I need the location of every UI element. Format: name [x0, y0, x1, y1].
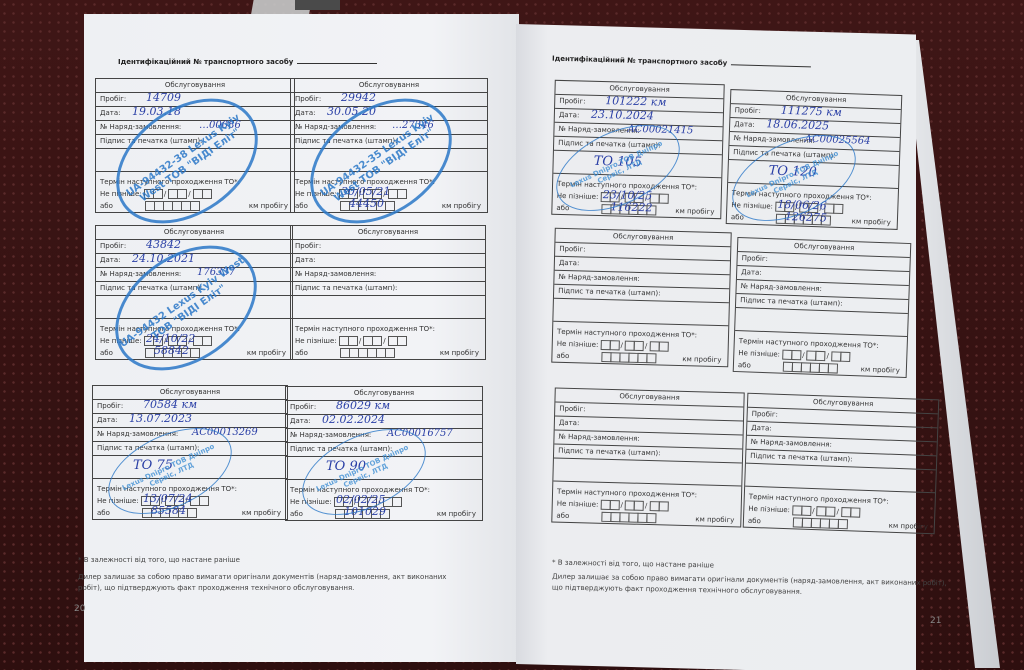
digit-box[interactable]	[658, 341, 668, 351]
service-record-card: ОбслуговуванняПробіг:Дата:№ Наряд-замовл…	[733, 237, 912, 378]
digit-box[interactable]	[828, 363, 838, 373]
page-stack-edge	[905, 40, 1005, 668]
digit-box[interactable]	[372, 336, 382, 346]
signature-area[interactable]	[291, 296, 485, 319]
mileage-value: 14709	[146, 91, 181, 104]
digit-box[interactable]	[658, 501, 668, 511]
card-header: Обслуговування	[96, 226, 292, 240]
digit-box[interactable]	[850, 507, 860, 517]
card-header: Обслуговування	[291, 226, 485, 240]
mileage-value: 70584 км	[143, 398, 197, 411]
or-km-row: або км пробігу	[295, 347, 481, 359]
next-service-block: Термін наступного проходження ТО*:Не піз…	[744, 487, 935, 534]
digit-box[interactable]	[658, 194, 668, 204]
mileage-value: 29942	[341, 91, 376, 104]
digit-box[interactable]	[791, 350, 801, 360]
digit-box[interactable]	[385, 348, 395, 358]
date-value: 18.06.2025	[766, 117, 829, 132]
digit-box[interactable]	[348, 336, 358, 346]
digit-box[interactable]	[815, 351, 825, 361]
page-number-right: 21	[930, 616, 941, 626]
service-record-card: ОбслуговуванняПробіг:Дата:№ Наряд-замовл…	[743, 393, 940, 535]
signature-row[interactable]: Підпис та печатка (штамп):	[291, 282, 485, 296]
mileage-row[interactable]: Пробіг:	[291, 240, 485, 254]
card-header: Обслуговування	[96, 79, 294, 93]
footnote-left: * В залежності від того, що настане рані…	[78, 556, 240, 564]
digit-box[interactable]	[801, 506, 811, 516]
digit-box[interactable]	[838, 519, 848, 529]
page-number-left: 20	[74, 604, 85, 614]
date-row[interactable]: Дата:13.07.2023	[93, 414, 287, 428]
not-later-row: Не пізніше: //	[295, 335, 481, 347]
mileage-value: 111275 км	[780, 104, 842, 119]
digit-box[interactable]	[199, 496, 209, 506]
digit-box[interactable]	[833, 204, 843, 214]
digit-box[interactable]	[840, 352, 850, 362]
digit-box[interactable]	[609, 500, 619, 510]
order-row[interactable]: № Наряд-замовлення:	[291, 268, 485, 282]
vin-label-left: Ідентифікаційний № транспортного засобу	[118, 58, 377, 66]
tape-edge	[295, 0, 340, 10]
next-service-label: Термін наступного проходження ТО*:	[295, 323, 481, 335]
date-row[interactable]: Дата:	[291, 254, 485, 268]
mileage-value: 101222 км	[605, 94, 667, 109]
digit-box[interactable]	[634, 341, 644, 351]
mileage-value: 43842	[146, 238, 181, 251]
mileage-value: 86029 км	[336, 399, 390, 412]
card-header: Обслуговування	[291, 79, 487, 93]
next-service-block: Термін наступного проходження ТО*:Не піз…	[552, 322, 728, 367]
digit-box[interactable]	[392, 497, 402, 507]
digit-box[interactable]	[397, 336, 407, 346]
service-record-card: ОбслуговуванняПробіг:Дата:№ Наряд-замовл…	[551, 388, 744, 528]
service-record-card: ОбслуговуванняПробіг:Дата:№ Наряд-замовл…	[290, 225, 486, 360]
digit-box[interactable]	[609, 340, 619, 350]
next-service-block: Термін наступного проходження ТО*:Не піз…	[734, 331, 907, 377]
digit-box[interactable]	[646, 513, 656, 523]
digit-box[interactable]	[187, 508, 197, 518]
next-service-block: Термін наступного проходження ТО*:Не піз…	[552, 482, 741, 527]
date-value: 23.10.2024	[591, 108, 654, 123]
next-service-block: Термін наступного проходження ТО*:Не піз…	[291, 319, 485, 359]
date-value: 13.07.2023	[129, 412, 192, 425]
digit-box[interactable]	[825, 506, 835, 516]
digit-box[interactable]	[634, 501, 644, 511]
legal-note-left: Дилер залишає за собою право вимагати ор…	[78, 572, 468, 594]
service-record-card: ОбслуговуванняПробіг:Дата:№ Наряд-замовл…	[551, 228, 731, 368]
date-value: 02.02.2024	[322, 413, 385, 426]
digit-box[interactable]	[646, 353, 656, 363]
